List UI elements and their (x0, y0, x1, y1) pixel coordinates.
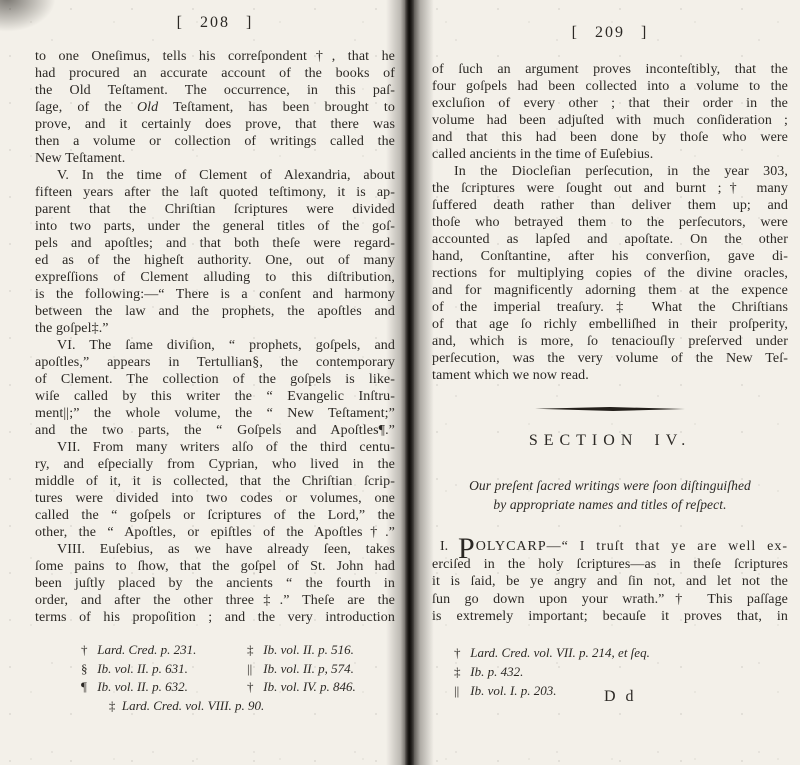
item-number: I. (432, 539, 448, 554)
footnote-symbol: † (247, 678, 260, 697)
text-line: it is ſaid, be ye angry and ſin not, and… (432, 573, 788, 591)
text-line: four goſpels had been collected into a v… (432, 78, 788, 95)
text-line: then a volume or collection of writings … (35, 133, 395, 150)
text-line: to one Oneſimus, tells his correſpondent… (35, 48, 395, 65)
text-line: and the two parts, the “ Goſpels and Apo… (35, 422, 395, 439)
text-line: parent that the Chriſtian ſcriptures wer… (35, 201, 395, 218)
footnote: ¶ Ib. vol. II. p. 632. (35, 678, 215, 697)
footnote-symbol: || (454, 681, 467, 700)
footnote-text: Lard. Cred. vol. VII. p. 214, et ſeq. (470, 645, 650, 660)
footnote-symbol: † (81, 641, 94, 660)
text-line: hand, Conſtantine, after his converſion,… (432, 248, 788, 265)
footnote-text: Ib. p. 432. (470, 664, 523, 679)
text-line: and, which is more, ſo tenaciouſly preſe… (432, 333, 788, 350)
page-left-208: [ 208 ] to one Oneſimus, tells his corre… (35, 0, 395, 765)
text-line: rections for multiplying copies of the d… (432, 265, 788, 282)
text-line: VI. The ſame diviſion, “ prophets, goſpe… (35, 337, 395, 354)
text-line: fifteen years after the laſt quoted teſt… (35, 184, 395, 201)
text-line: In the Diocleſian perſecution, in the ye… (432, 163, 788, 180)
footnote-symbol: § (81, 660, 94, 679)
text-line: VIII. Euſebius, as we have already ſeen,… (35, 541, 395, 558)
page-number-left: [ 208 ] (35, 14, 395, 32)
footnote-row: ¶ Ib. vol. II. p. 632. † Ib. vol. IV. p.… (35, 678, 395, 697)
text-line: expreſſions of Clement alluding to this … (35, 269, 395, 286)
text-line: accounted as lapſed and apoſtate. On the… (432, 231, 788, 248)
text-line: is extremely important; becauſe it prove… (432, 608, 788, 626)
page-number-right: [ 209 ] (432, 24, 788, 42)
paragraph: V. In the time of Clement of Alexandria,… (35, 167, 395, 337)
text-line: had procured an accurate account of the … (35, 65, 395, 82)
text-line: been juſtly placed by the ancients “ the… (35, 575, 395, 592)
text-line: of ſuch an argument proves inconteſtibly… (432, 61, 788, 78)
text-line: and that this had been done by thoſe who… (432, 129, 788, 146)
text-line: called ancients in the time of Euſebius. (432, 146, 788, 163)
text-line: ment||;” the whole volume, the “ New Teſ… (35, 405, 395, 422)
footnote-symbol: ¶ (81, 678, 94, 697)
footnote-text: Ib. vol. IV. p. 846. (263, 679, 356, 694)
footnote-text: Ib. vol. II. p. 631. (97, 661, 188, 676)
footnote: † Lard. Cred. vol. VII. p. 214, et ſeq. (454, 643, 650, 662)
footnote: || Ib. vol. II. p, 574. (215, 660, 395, 679)
polycarp-paragraph: I. POLYCARP—“ I truſt that ye are well e… (432, 538, 788, 626)
paragraph: VI. The ſame diviſion, “ prophets, goſpe… (35, 337, 395, 439)
text-line: New Teſtament. (35, 150, 395, 167)
text-line: thoſe who betrayed them to the perſecuto… (432, 214, 788, 231)
text-line: V. In the time of Clement of Alexandria,… (35, 167, 395, 184)
text-line: the Old Teſtament. The occurrence, in th… (35, 82, 395, 99)
text-line: and for magnificently adorning them at t… (432, 282, 788, 299)
text-line: excluſion of every other ; that their or… (432, 95, 788, 112)
text-line: the goſpel‡.” (35, 320, 395, 337)
paragraph: VII. From many writers alſo of the third… (35, 439, 395, 541)
text-line: into two parts, under the general titles… (35, 218, 395, 235)
text-line: other, the “ Apoſtles, or epiſtles of th… (35, 524, 395, 541)
text-line: of Clement. The collection of the goſpel… (35, 371, 395, 388)
footnote: ‡ Ib. p. 432. (454, 662, 650, 681)
section-heading: SECTION IV. (432, 432, 788, 450)
book-scan-background: [ 208 ] to one Oneſimus, tells his corre… (0, 0, 800, 765)
text-line: order, and after the other three‡.” Theſ… (35, 592, 395, 609)
footnote-text: Ib. vol. II. p. 516. (263, 642, 354, 657)
polycarp-lines: erciſed in the holy ſcriptures—as in the… (432, 556, 788, 626)
footnotes-left: † Lard. Cred. p. 231. ‡ Ib. vol. II. p. … (35, 641, 395, 715)
text-line: ſuffered death rather than deliver them … (432, 197, 788, 214)
footnote-symbol: || (247, 660, 260, 679)
footnote-symbol: † (454, 643, 467, 662)
paragraph: In the Diocleſian perſecution, in the ye… (432, 163, 788, 384)
text-line: tament which we now read. (432, 367, 788, 384)
footnote-row: § Ib. vol. II. p. 631. || Ib. vol. II. p… (35, 660, 395, 679)
paragraph: to one Oneſimus, tells his correſpondent… (35, 48, 395, 167)
footnote: † Lard. Cred. p. 231. (35, 641, 215, 660)
text-line: of that age ſo richly embelliſhed in the… (432, 316, 788, 333)
footnote-text: Ib. vol. I. p. 203. (470, 683, 556, 698)
paragraph: VIII. Euſebius, as we have already ſeen,… (35, 541, 395, 626)
text-line: pels and apoſtles; and that both theſe w… (35, 235, 395, 252)
polycarp-name-rest: OLYCARP—“ I truſt that ye are well ex- (476, 539, 788, 554)
footnote-text: Ib. vol. II. p, 574. (263, 661, 354, 676)
text-line: volume had been adjuſted with much conſi… (432, 112, 788, 129)
footnote: § Ib. vol. II. p. 631. (35, 660, 215, 679)
text-line: ſome pains to ſhow, that the goſpel of S… (35, 558, 395, 575)
footnote-text: Ib. vol. II. p. 632. (97, 679, 188, 694)
body-text-right: of ſuch an argument proves inconteſtibly… (432, 61, 788, 384)
page-right-209: [ 209 ] of ſuch an argument proves incon… (432, 0, 788, 765)
text-line: by appropriate names and titles of reſpe… (432, 495, 788, 514)
printer-signature-mark: D d (604, 688, 637, 706)
body-text-left: to one Oneſimus, tells his correſpondent… (35, 48, 395, 626)
text-line: ſage, of the Old Teſtament, has been bro… (35, 99, 395, 116)
text-line: middle of it, it is collected, that the … (35, 473, 395, 490)
text-line: perſecution, was the very volume of the … (432, 350, 788, 367)
text-line: is the following:—“ There is a conſent a… (35, 286, 395, 303)
text-line: called the “ goſpels or ſcriptures of th… (35, 507, 395, 524)
text-line: of the imperial treaſury.‡ What the Chri… (432, 299, 788, 316)
text-line: wiſe called by this writer the “ Evangel… (35, 388, 395, 405)
footnote-text: Lard. Cred. vol. VIII. p. 90. (122, 698, 264, 713)
footnote-symbol: ‡ (106, 697, 119, 716)
text-line: ed as of the higheſt authority. One, out… (35, 252, 395, 269)
footnote: ‡ Ib. vol. II. p. 516. (215, 641, 395, 660)
paragraph: of ſuch an argument proves inconteſtibly… (432, 61, 788, 163)
text-line: prove, and it certainly does prove, that… (35, 116, 395, 133)
text-line: ſun go down upon your wrath.”† This paſſ… (432, 591, 788, 609)
text-line: tures were divided into two codes or vol… (35, 490, 395, 507)
text-line: erciſed in the holy ſcriptures—as in the… (432, 556, 788, 574)
text-line: between the law and the prophets, the ap… (35, 303, 395, 320)
footnote: † Ib. vol. IV. p. 846. (215, 678, 395, 697)
section-epigraph: Our preſent ſacred writings were ſoon di… (432, 476, 788, 514)
book-binding-line (405, 0, 414, 765)
text-line: apoſtles,” appears in Tertullian§, the c… (35, 354, 395, 371)
footnote-row: † Lard. Cred. p. 231. ‡ Ib. vol. II. p. … (35, 641, 395, 660)
text-line: the ſcriptures were ſought out and burnt… (432, 180, 788, 197)
text-line: terms of his propoſition ; and the very … (35, 609, 395, 626)
text-line: Our preſent ſacred writings were ſoon di… (432, 476, 788, 495)
section-divider-rule (535, 407, 685, 411)
text-line: VII. From many writers alſo of the third… (35, 439, 395, 456)
footnote-symbol: ‡ (454, 662, 467, 681)
footnote-text: Lard. Cred. p. 231. (97, 642, 196, 657)
footnote-centered: ‡ Lard. Cred. vol. VIII. p. 90. (35, 697, 395, 716)
footnote-symbol: ‡ (247, 641, 260, 660)
text-line: I. POLYCARP—“ I truſt that ye are well e… (432, 538, 788, 556)
text-line: ry, and eſpecially from Cyprian, who liv… (35, 456, 395, 473)
